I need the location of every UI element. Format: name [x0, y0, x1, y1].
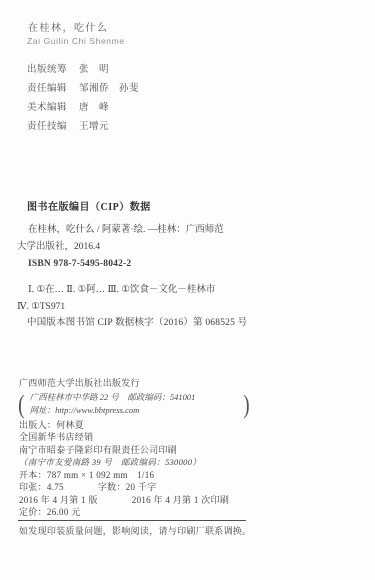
credit-role: 美术编辑	[27, 99, 67, 118]
publisher-address: 广西桂林市中华路 22 号 邮政编码：541001	[30, 391, 242, 404]
cip-body: 在桂林，吃什么 / 阿蒙著·绘. —桂林：广西师范 大学出版社，2016.4 I…	[17, 222, 287, 316]
word-count-value: 字数：20 千字	[98, 482, 157, 492]
distribution-line: 全国新华书店经销	[19, 431, 349, 444]
cip-isbn: ISBN 978-7-5495-8042-2	[17, 256, 287, 273]
publishing-block: 广西师范大学出版社出版发行 ( 广西桂林市中华路 22 号 邮政编码：54100…	[19, 377, 349, 519]
book-title-cn: 在桂林，吃什么	[28, 19, 109, 34]
cip-entry-line1: 在桂林，吃什么 / 阿蒙著·绘. —桂林：广西师范	[17, 222, 287, 239]
credit-role: 出版统筹	[27, 61, 67, 80]
credit-role: 责任技编	[27, 118, 67, 137]
sheets-value: 印张：4.75	[19, 482, 64, 492]
cip-header: 图书在版编目（CIP）数据	[27, 198, 151, 213]
publisher-address-lines: 广西桂林市中华路 22 号 邮政编码：541001 网址：http://www.…	[30, 391, 242, 417]
book-title-pinyin: Zai Guilin Chi Shenme	[27, 36, 125, 46]
publisher-address-block: ( 广西桂林市中华路 22 号 邮政编码：541001 网址：http://ww…	[17, 391, 349, 418]
footer-divider-rule	[18, 520, 246, 521]
edition-printing-line: 2016 年 4 月第 1 版2016 年 4 月第 1 次印刷	[19, 494, 349, 507]
credit-row-technical-editor: 责任技编王增元	[27, 118, 139, 137]
publisher-website: 网址：http://www.bbtpress.com	[30, 404, 242, 417]
credit-names: 唐 峰	[79, 103, 109, 113]
editorial-credits: 出版统筹张 明 责任编辑邹湘侨 孙斐 美术编辑唐 峰 责任技编王增元	[27, 61, 139, 137]
cip-entry-line2: 大学出版社，2016.4	[17, 239, 287, 256]
copyright-page: 在桂林，吃什么 Zai Guilin Chi Shenme 出版统筹张 明 责任…	[0, 0, 375, 580]
left-parenthesis-glyph: (	[18, 391, 25, 418]
credit-row-responsible-editor: 责任编辑邹湘侨 孙斐	[27, 80, 139, 99]
credit-row-art-editor: 美术编辑唐 峰	[27, 99, 139, 118]
quality-notice: 如发现印装质量问题，影响阅读，请与印刷厂联系调换。	[19, 524, 252, 537]
credit-names: 王增元	[79, 122, 109, 132]
printer-address-line: （南宁市友爱南路 39 号 邮政编码：530000）	[19, 456, 349, 469]
credit-row-publishing-coordinator: 出版统筹张 明	[27, 61, 139, 80]
right-parenthesis-glyph: )	[243, 391, 250, 418]
publisher-person-line: 出版人：何林夏	[19, 419, 349, 432]
cip-class-line1: Ⅰ. ①在… Ⅱ. ①阿… Ⅲ. ①饮食－文化－桂林市	[17, 282, 287, 299]
edition-value: 2016 年 4 月第 1 版	[19, 495, 98, 505]
credit-names: 邹湘侨 孙斐	[79, 84, 139, 94]
printer-line: 南宁市昭泰子隆彩印有限责任公司印刷	[19, 444, 349, 457]
cip-record-number: 中国版本图书馆 CIP 数据核字（2016）第 068525 号	[27, 314, 247, 328]
credit-names: 张 明	[79, 65, 109, 75]
sheets-words-line: 印张：4.75字数：20 千字	[19, 481, 349, 494]
publisher-line: 广西师范大学出版社出版发行	[19, 377, 349, 390]
format-line: 开本：787 mm × 1 092 mm 1/16	[19, 469, 349, 482]
printing-value: 2016 年 4 月第 1 次印刷	[132, 495, 229, 505]
price-line: 定价：26.00 元	[19, 506, 349, 519]
credit-role: 责任编辑	[27, 80, 67, 99]
